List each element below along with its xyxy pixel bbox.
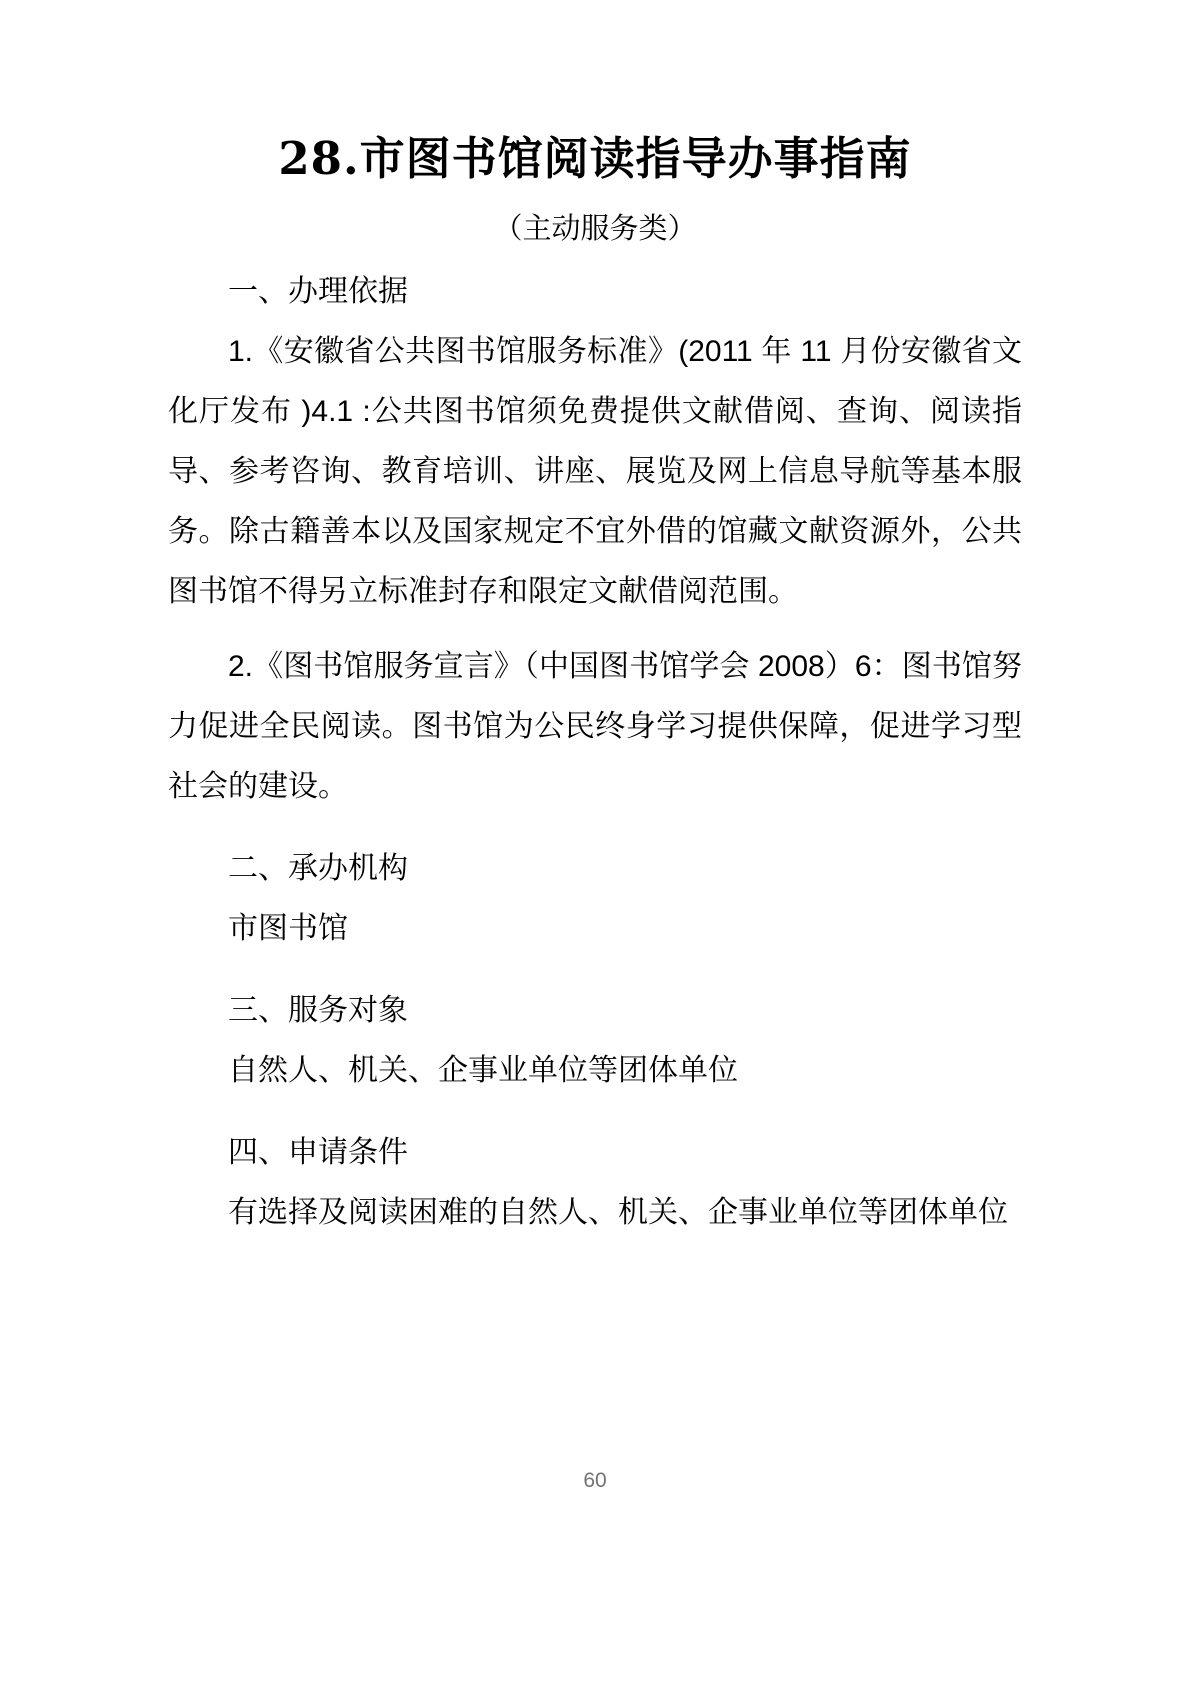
page-subtitle: （主动服务类）: [168, 206, 1022, 252]
section-heading-agency: 二、承办机构: [168, 839, 1022, 899]
basis-paragraph-1: 1.《安徽省公共图书馆服务标准》(2011 年 11 月份安徽省文化厅发布 )4…: [168, 322, 1022, 622]
agency-paragraph: 市图书馆: [168, 899, 1022, 959]
section-heading-application-conditions: 四、申请条件: [168, 1123, 1022, 1183]
document-content: 28.市图书馆阅读指导办事指南 （主动服务类） 一、办理依据 1.《安徽省公共图…: [0, 128, 1190, 1243]
page-number: 60: [0, 1466, 1190, 1496]
service-target-paragraph: 自然人、机关、企事业单位等团体单位: [168, 1041, 1022, 1101]
application-conditions-paragraph: 有选择及阅读困难的自然人、机关、企事业单位等团体单位: [168, 1183, 1022, 1243]
page-title: 28.市图书馆阅读指导办事指南: [168, 128, 1022, 190]
section-heading-basis: 一、办理依据: [168, 262, 1022, 322]
section-heading-service-target: 三、服务对象: [168, 981, 1022, 1041]
basis-paragraph-2: 2.《图书馆服务宣言》（中国图书馆学会 2008）6：图书馆努力促进全民阅读。图…: [168, 637, 1022, 817]
document-page: 28.市图书馆阅读指导办事指南 （主动服务类） 一、办理依据 1.《安徽省公共图…: [0, 0, 1190, 1683]
